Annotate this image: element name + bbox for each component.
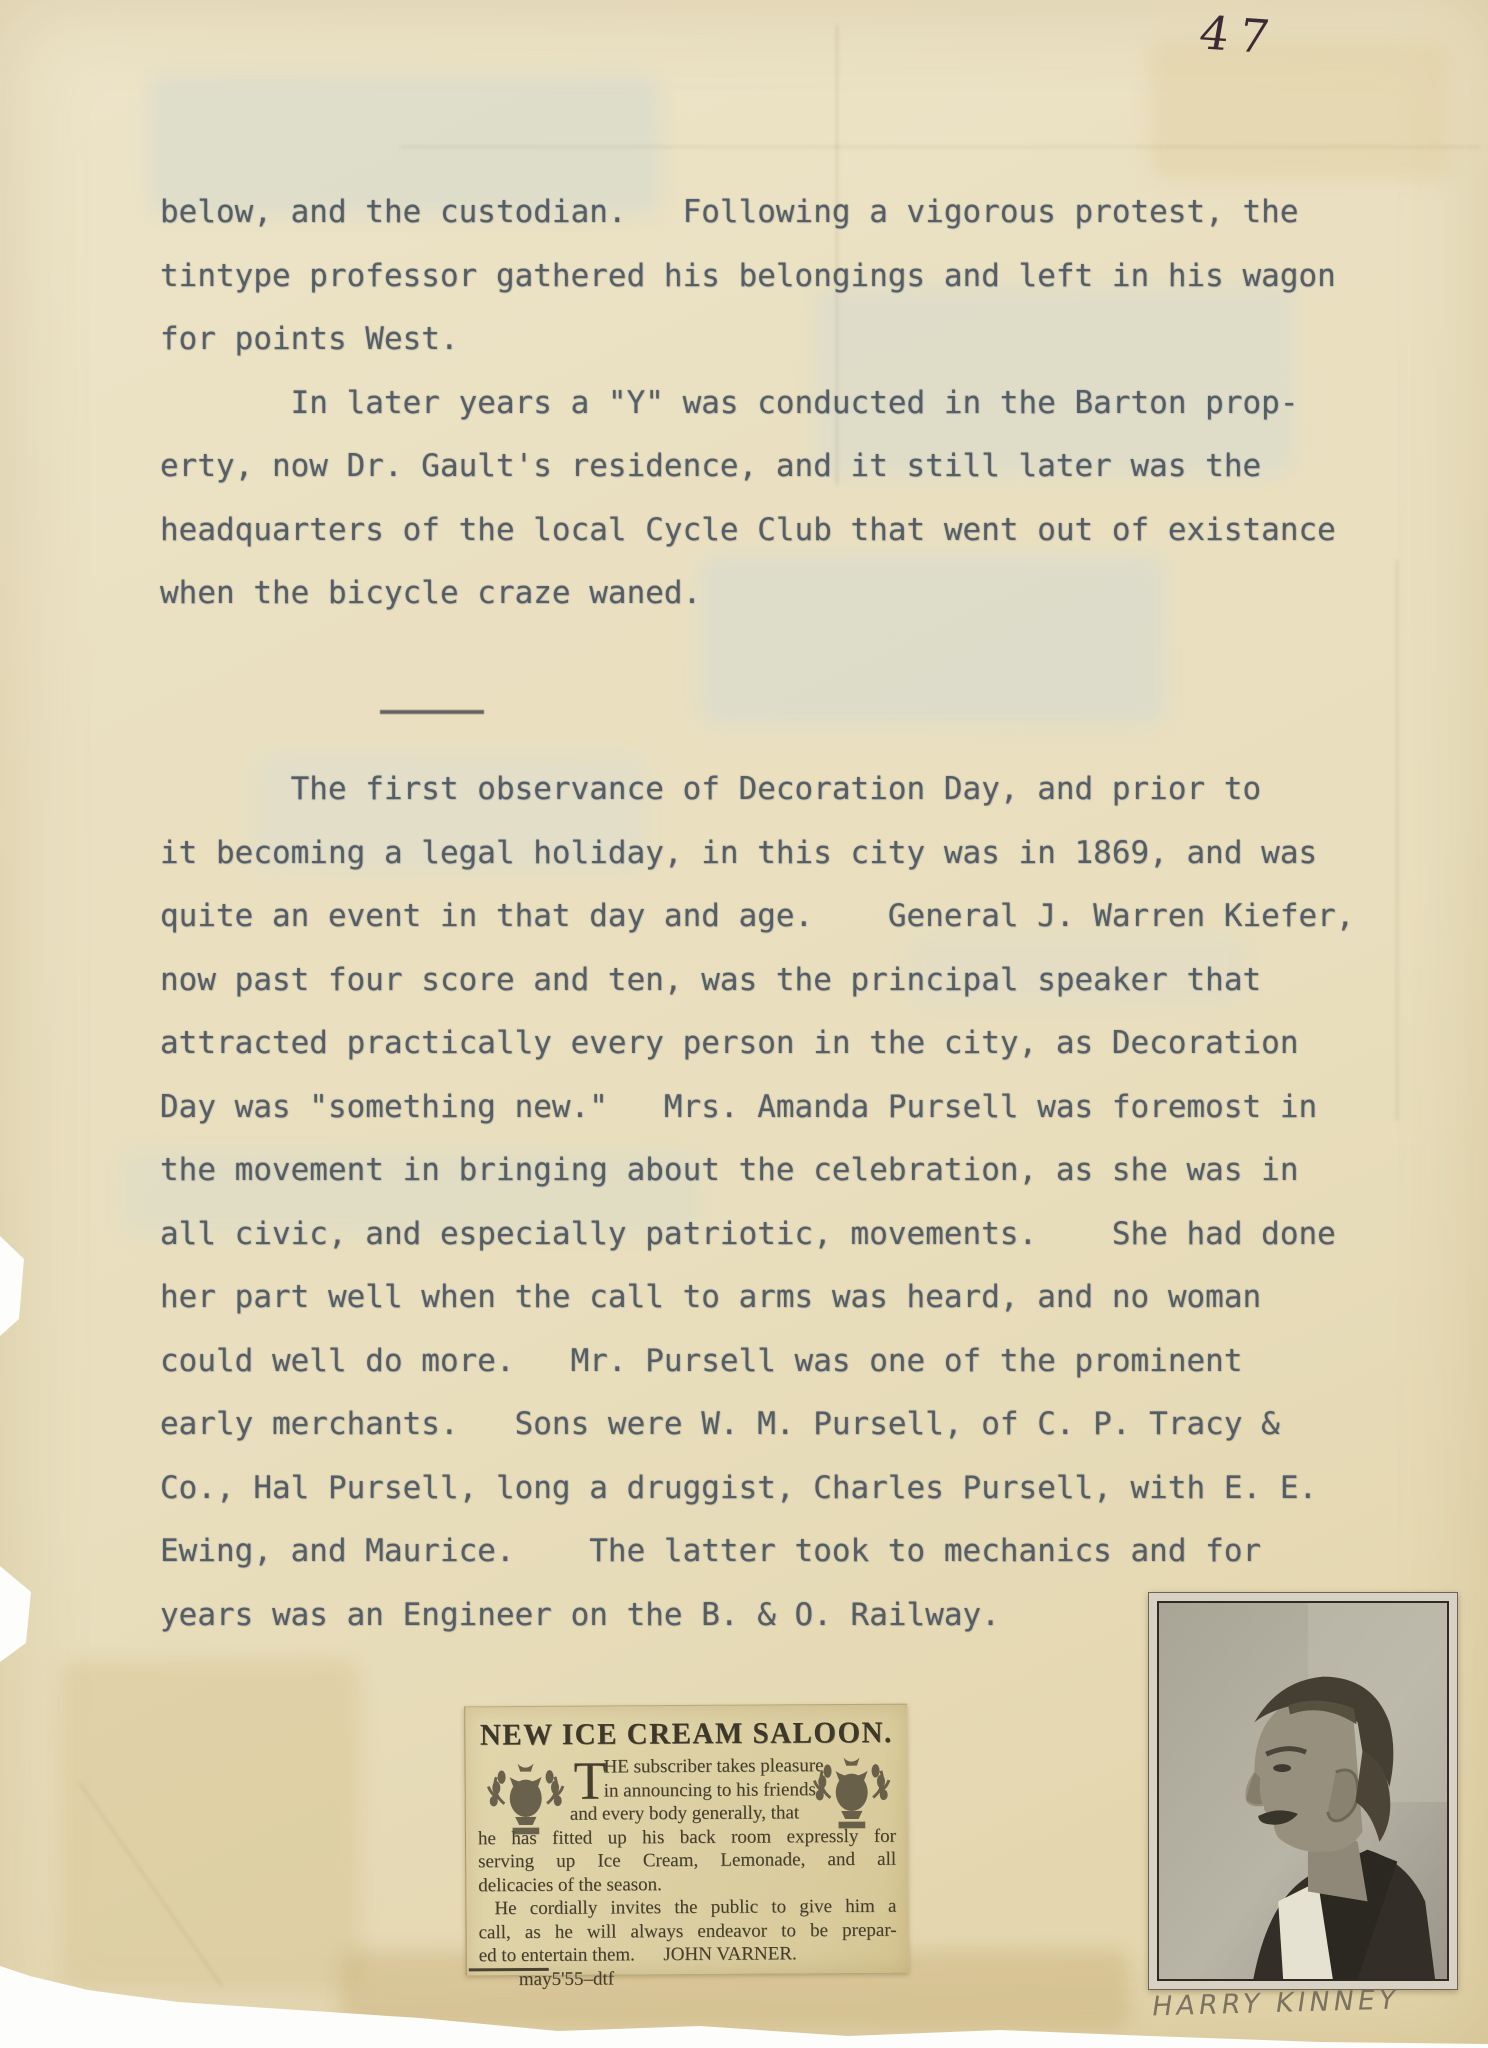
clipping-line: He cordially invites the public to give … [478, 1895, 896, 1921]
clipping-line: ed to entertain them. JOHN VARNER. [479, 1942, 897, 1968]
clipping-line: delicacies of the season. [478, 1871, 896, 1897]
typed-paragraphs-bottom: The first observance of Decoration Day, … [160, 758, 1354, 1647]
clipping-line: serving up Ice Cream, Lemonade, and all [478, 1848, 896, 1874]
scanned-scrapbook-page: 47 below, and the custodian. Following a… [0, 0, 1488, 2048]
clipping-body: T HE subscriber takes pleasure in announ… [477, 1754, 896, 1992]
laurel-urn-ornament-left [485, 1758, 566, 1851]
newspaper-clipping: NEW ICE CREAM SALOON. [464, 1704, 909, 1976]
portrait-photo-frame [1148, 1592, 1458, 1990]
handwritten-page-number: 47 [1195, 6, 1283, 65]
clipping-dateline: may5'55–dtf [519, 1965, 897, 1991]
fold-crease [400, 146, 1480, 148]
clipping-line: in announcing to his friends [604, 1778, 812, 1803]
age-stain [60, 1660, 360, 1990]
fold-crease [1396, 560, 1398, 1120]
clipping-line: HE subscriber takes pleasure [603, 1754, 811, 1779]
drop-cap-letter: T [573, 1756, 606, 1804]
laurel-urn-ornament-right [811, 1752, 892, 1845]
paper-sheet: 47 below, and the custodian. Following a… [0, 0, 1488, 2048]
clipping-line: call, as he will always endeavor to be p… [478, 1918, 896, 1944]
age-stain [1150, 40, 1450, 180]
section-divider [380, 710, 484, 714]
portrait-photo [1157, 1601, 1449, 1981]
clipping-headline: NEW ICE CREAM SALOON. [465, 1716, 907, 1753]
handwritten-photo-caption: HARRY KINNEY [1150, 1984, 1402, 2022]
typed-paragraphs-top: below, and the custodian. Following a vi… [160, 181, 1336, 626]
clipping-column-rule [469, 1968, 549, 1971]
